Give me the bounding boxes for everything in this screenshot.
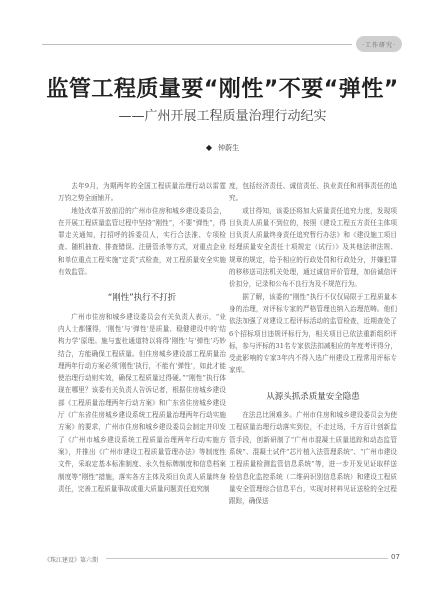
section-badge: ·工作研究·: [356, 36, 402, 52]
article-subtitle: ——广州开展工程质量治理行动纪实: [0, 105, 445, 124]
paragraph: 据了解，该委的“刚性”执行不仅仅局限于工程质量本身的治理，对评标专家的严格管理也…: [229, 291, 397, 377]
paragraph: 地处改革开放前沿的广州市住房和城乡建设委员会，在开展工程质量监管过程中坚持“刚性…: [58, 205, 226, 279]
paragraph: 度，包括经济责任、诚信责任、执业责任和刑事责任的追究。: [229, 180, 397, 205]
section-heading: “刚性”执行不打折: [58, 292, 226, 304]
diamond-icon: ◆: [206, 143, 212, 152]
author-line: ◆钟蔚生: [0, 143, 445, 153]
header-rule: [42, 44, 352, 45]
section-heading: 从源头抓杀质量安全隐患: [229, 391, 397, 403]
paragraph: 或甘得知，该委还将加大质量责任追究力度，发现项目负责人质量不到位的，按照《建设工…: [229, 205, 397, 291]
right-column: 度，包括经济责任、诚信责任、执业责任和刑事责任的追究。 或甘得知，该委还将加大质…: [229, 180, 397, 507]
paragraph: 广州市住房和城乡建设委员会有关负责人表示，“业内人士都懂得，‘刚性’与‘弹性’是…: [58, 311, 226, 495]
footer-rule: [106, 558, 388, 559]
paragraph: 在法总比困难多。广州市住房和城乡建设委员会为使工程质量治理行动落实到位，不走过场…: [229, 409, 397, 507]
journal-name: 《珠江建设》第六期: [44, 555, 98, 564]
article-title: 监管工程质量要“刚性”不要“弹性”: [0, 72, 445, 103]
paragraph: 去年9月，为期两年的全国工程质量治理行动以雷霆万钧之势全面铺开。: [58, 180, 226, 205]
page-number: 07: [391, 553, 400, 561]
left-column: 去年9月，为期两年的全国工程质量治理行动以雷霆万钧之势全面铺开。 地处改革开放前…: [58, 180, 226, 495]
author-name: 钟蔚生: [218, 144, 239, 152]
